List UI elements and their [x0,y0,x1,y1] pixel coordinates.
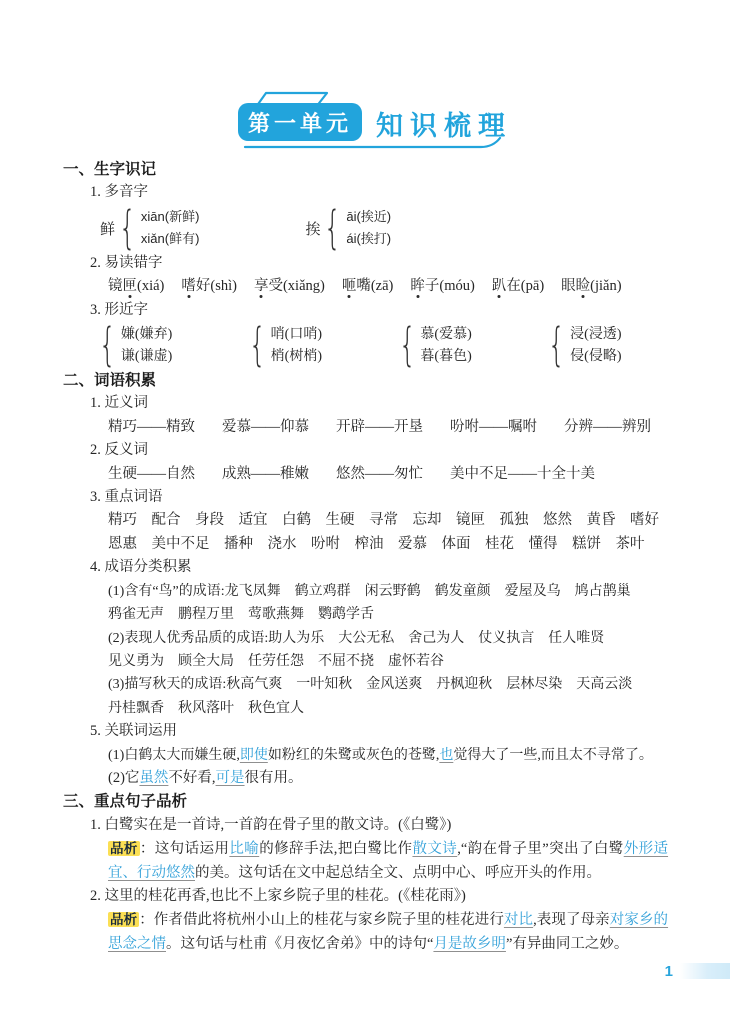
misread-word: 眸子(móu) [410,275,474,298]
similar-char-bottom: 侵(侵略) [570,346,621,368]
antonym-pairs-row: 生硬——自然 成熟——稚嫩 悠然——匆忙 美中不足——十全十美 [108,463,668,486]
quoted-sentence: 2. 这里的桂花再香,也比不上家乡院子里的桂花。(《桂花雨》) [90,885,668,908]
idiom-category-intro: (2)表现人优秀品质的成语: [108,631,268,646]
similar-char-bottom: 谦(谦虚) [121,346,172,368]
misread-word: 趴在(pā) [492,275,544,298]
dotted-char: 享 [254,278,269,294]
polyphone-group: 鲜 { xiān(新鲜) xiǎn(鲜有) [100,205,199,252]
analysis-keyword: 散文诗 [412,841,457,857]
item-label-synonyms: 1. 近义词 [90,392,668,415]
similar-char-group: { 哨(口哨) 梢(树梢) [245,322,369,369]
item-label-conjunctions: 5. 关联词运用 [90,720,668,743]
page-number: 1 [665,963,673,980]
polyphone-readings: āi(挨近) ái(挨打) [346,206,391,250]
conjunction-keyword: 虽然 [139,770,168,786]
polyphone-readings: xiān(新鲜) xiǎn(鲜有) [141,206,200,250]
item-label-similar: 3. 形近字 [90,299,668,322]
similar-char-top: 哨(口哨) [271,324,322,346]
dotted-char: 睑 [576,278,591,294]
synonym-pair: 开辟——开垦 [336,416,423,439]
section-characters: 一、生字识记 1. 多音字 鲜 { xiān(新鲜) xiǎn(鲜有) 挨 { … [63,158,668,369]
similar-chars-row: { 嫌(嫌弃) 谦(谦虚) { 哨(口哨) 梢(树梢) { 慕(爱慕) 暮(暮色… [95,322,668,369]
section-heading: 一、生字识记 [63,158,668,181]
antonym-pair: 生硬——自然 [108,463,195,486]
quoted-sentence: 1. 白鹭实在是一首诗,一首韵在骨子里的散文诗。(《白鹭》) [90,814,668,837]
idiom-words: 助人为乐 大公无私 舍己为人 仗义执言 任人唯贤 [268,631,604,646]
similar-char-top: 嫌(嫌弃) [121,324,172,346]
conjunction-sentence: (2)它虽然不好看,可是很有用。 [108,767,668,790]
misread-words-row: 镜匣(xiá) 嗜好(shì) 享受(xiǎng) 咂嘴(zā) 眸子(móu)… [108,275,668,298]
idiom-words: 秋高气爽 一叶知秋 金风送爽 丹枫迎秋 层林尽染 天高云淡 [226,677,632,692]
footer-gradient-bar [680,963,730,979]
brace-glyph: { [249,316,266,375]
dotted-char: 匣 [123,278,138,294]
section-sentence-analysis: 三、重点句子品析 1. 白鹭实在是一首诗,一首韵在骨子里的散文诗。(《白鹭》) … [63,790,668,956]
conjunction-keyword: 也 [439,748,453,763]
item-label-misread: 2. 易读错字 [90,252,668,275]
similar-char-group: { 浸(浸透) 侵(侵略) [544,322,668,369]
idiom-category-intro: (3)描写秋天的成语: [108,677,226,692]
conjunction-sentence: (1)白鹤太大而嫌生硬,即使如粉红的朱鹭或灰色的苍鹭,也觉得大了一些,而且太不寻… [108,744,668,767]
polyphone-char: 鲜 [100,218,115,239]
analysis-keyword: 月是故乡明 [433,936,506,952]
sentence-number: 2. [90,888,101,904]
brace-glyph: { [548,316,565,375]
analysis-paragraph: 品析：作者借此将杭州小山上的桂花与家乡院子里的桂花进行对比,表现了母亲对家乡的思… [108,908,668,956]
idiom-line: 丹桂飘香 秋风落叶 秋色宜人 [108,697,668,720]
antonym-pair: 悠然——匆忙 [336,463,423,486]
similar-char-group: { 嫌(嫌弃) 谦(谦虚) [95,322,219,369]
similar-char-bottom: 暮(暮色) [420,346,471,368]
idiom-line: 鸦雀无声 鹏程万里 莺歌燕舞 鹦鹉学舌 [108,603,668,626]
brace-glyph: { [99,316,116,375]
dotted-char: 咂 [342,278,357,294]
dotted-char: 眸 [410,278,425,294]
analysis-paragraph: 品析：这句话运用比喻的修辞手法,把白鹭比作散文诗,“韵在骨子里”突出了白鹭外形适… [108,837,668,885]
analysis-label: 品析 [108,841,140,856]
page-header: 第一单元 知识梳理 [0,0,730,160]
brace-glyph: { [119,199,136,258]
similar-char-top: 慕(爱慕) [420,324,471,346]
brace-glyph: { [324,199,341,258]
misread-word: 享受(xiǎng) [254,275,325,298]
polyphone-char: 挨 [305,218,320,239]
synonym-pairs-row: 精巧——精致 爱慕——仰慕 开辟——开垦 吩咐——嘱咐 分辨——辨别 [108,416,668,439]
synonym-pair: 爱慕——仰慕 [222,416,309,439]
item-label-antonyms: 2. 反义词 [90,439,668,462]
header-underline-decoration [243,135,505,151]
synonym-pair: 分辨——辨别 [564,416,651,439]
sentence-number: 1. [90,817,101,833]
similar-char-bottom: 梢(树梢) [271,346,322,368]
analysis-label: 品析 [108,912,139,927]
conjunction-keyword: 可是 [216,770,245,786]
analysis-keyword: 对比 [504,912,533,928]
antonym-pair: 美中不足——十全十美 [450,463,595,486]
idiom-line: (2)表现人优秀品质的成语:助人为乐 大公无私 舍己为人 仗义执言 任人唯贤 [108,627,668,650]
similar-char-group: { 慕(爱慕) 暮(暮色) [395,322,519,369]
item-label-keywords: 3. 重点词语 [90,486,668,509]
polyphone-row: 鲜 { xiān(新鲜) xiǎn(鲜有) 挨 { āi(挨近) ái(挨打) [100,205,668,252]
misread-word: 镜匣(xiá) [108,275,164,298]
page-content: 一、生字识记 1. 多音字 鲜 { xiān(新鲜) xiǎn(鲜有) 挨 { … [63,158,668,956]
item-label-polyphone: 1. 多音字 [90,181,668,204]
similar-char-top: 浸(浸透) [570,324,621,346]
keyword-list-line: 恩惠 美中不足 播种 浇水 吩咐 榨油 爱慕 体面 桂花 懂得 糕饼 茶叶 [108,533,668,556]
idiom-line: (3)描写秋天的成语:秋高气爽 一叶知秋 金风送爽 丹枫迎秋 层林尽染 天高云淡 [108,673,668,696]
misread-word: 嗜好(shì) [181,275,237,298]
analysis-keyword: 比喻 [229,841,259,857]
reading: xiǎn(鲜有) [141,228,200,250]
section-vocabulary: 二、词语积累 1. 近义词 精巧——精致 爱慕——仰慕 开辟——开垦 吩咐——嘱… [63,369,668,790]
idiom-line: (1)含有“鸟”的成语:龙飞凤舞 鹤立鸡群 闲云野鹤 鹤发童颜 爱屋及乌 鸠占鹊… [108,580,668,603]
polyphone-group: 挨 { āi(挨近) ái(挨打) [305,205,391,252]
brace-glyph: { [398,316,415,375]
misread-word: 咂嘴(zā) [342,275,394,298]
synonym-pair: 吩咐——嘱咐 [450,416,537,439]
dotted-char: 嗜 [181,278,196,294]
section-heading: 三、重点句子品析 [63,790,668,813]
idiom-words: 龙飞凤舞 鹤立鸡群 闲云野鹤 鹤发童颜 爱屋及乌 鸠占鹊巢 [225,584,631,599]
idiom-line: 见义勇为 顾全大局 任劳任怨 不屈不挠 虚怀若谷 [108,650,668,673]
section-heading: 二、词语积累 [63,369,668,392]
conjunction-keyword: 即使 [240,748,268,763]
unit-badge-label: 第一单元 [248,107,352,138]
reading: ái(挨打) [346,228,391,250]
dotted-char: 趴 [492,278,507,294]
misread-word: 眼睑(jiǎn) [561,275,621,298]
reading: āi(挨近) [346,206,391,228]
synonym-pair: 精巧——精致 [108,416,195,439]
antonym-pair: 成熟——稚嫩 [222,463,309,486]
reading: xiān(新鲜) [141,206,200,228]
keyword-list-line: 精巧 配合 身段 适宜 白鹤 生硬 寻常 忘却 镜匣 孤独 悠然 黄昏 嗜好 [108,509,668,532]
item-label-idioms: 4. 成语分类积累 [90,556,668,579]
idiom-category-intro: (1)含有“鸟”的成语: [108,584,225,599]
